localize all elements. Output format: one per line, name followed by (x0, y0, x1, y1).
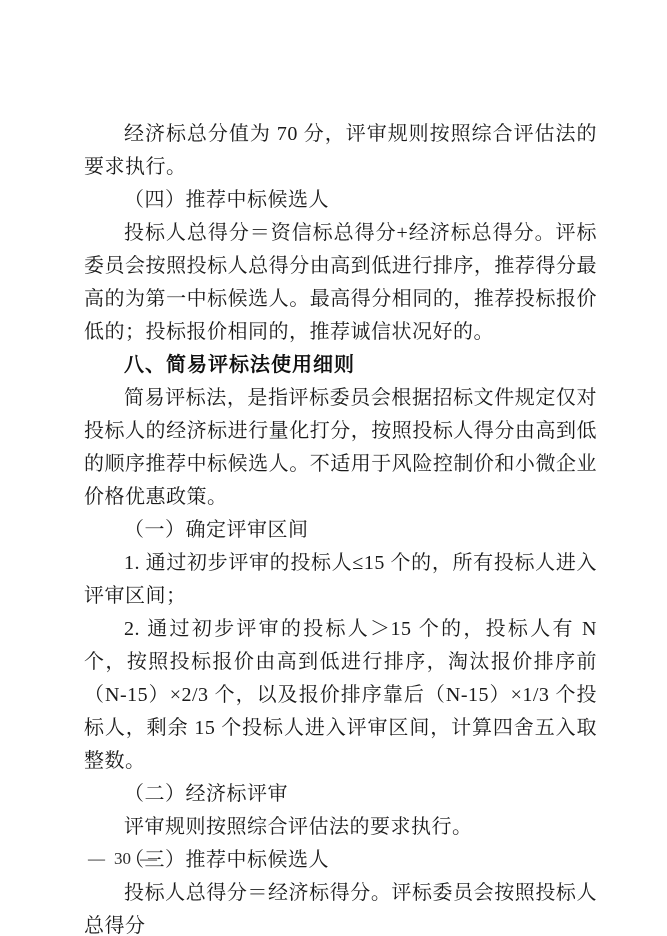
subsection-heading-2-economic-review: （二）经济标评审 (84, 778, 597, 811)
paragraph-economic-score-total: 经济标总分值为 70 分，评审规则按照综合评估法的要求执行。 (84, 118, 597, 184)
footer-dash-right: — (140, 849, 157, 869)
paragraph-total-score-formula-simple: 投标人总得分＝经济标得分。评标委员会按照投标人总得分 (84, 877, 597, 936)
document-body: 经济标总分值为 70 分，评审规则按照综合评估法的要求执行。 （四）推荐中标候选… (84, 118, 597, 936)
footer-dash-left: — (88, 849, 105, 869)
subsection-heading-3-recommend-candidates: （三）推荐中标候选人 (84, 844, 597, 877)
page-footer: — 30 — (88, 849, 157, 869)
page-number: 30 (114, 849, 131, 869)
subsection-heading-4-recommend-candidates: （四）推荐中标候选人 (84, 184, 597, 217)
paragraph-simple-method-definition: 简易评标法，是指评标委员会根据招标文件规定仅对投标人的经济标进行量化打分，按照投… (84, 382, 597, 514)
list-item-2-bidders-gt-15: 2. 通过初步评审的投标人＞15 个的，投标人有 N 个，按照投标报价由高到低进… (84, 613, 597, 778)
subsection-heading-1-review-interval: （一）确定评审区间 (84, 514, 597, 547)
list-item-1-bidders-lte-15: 1. 通过初步评审的投标人≤15 个的，所有投标人进入评审区间； (84, 547, 597, 613)
section-heading-8-simple-evaluation-rules: 八、简易评标法使用细则 (84, 349, 597, 382)
document-page: 经济标总分值为 70 分，评审规则按照综合评估法的要求执行。 （四）推荐中标候选… (0, 0, 667, 936)
paragraph-review-rules: 评审规则按照综合评估法的要求执行。 (84, 811, 597, 844)
paragraph-total-score-formula: 投标人总得分＝资信标总得分+经济标总得分。评标委员会按照投标人总得分由高到低进行… (84, 217, 597, 349)
